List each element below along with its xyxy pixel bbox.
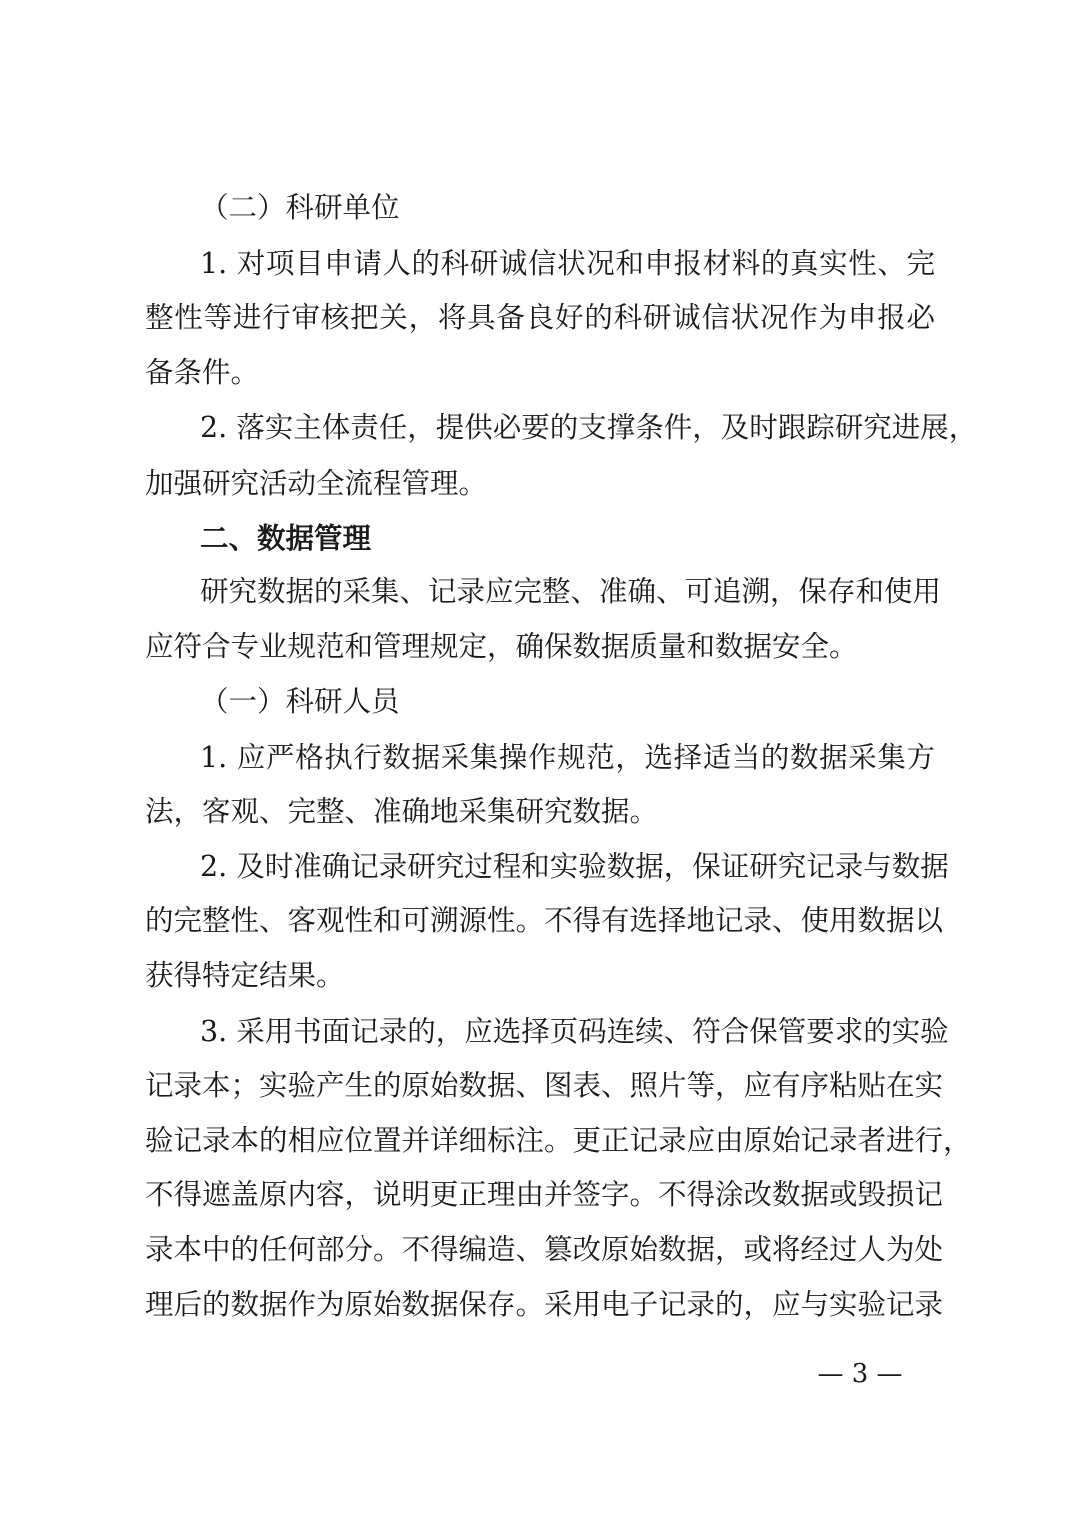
paragraph-line: 加强研究活动全流程管理。	[145, 464, 935, 504]
paragraph-line: 录本中的任何部分。不得编造、篡改原始数据，或将经过人为处	[145, 1230, 935, 1270]
page-number: — 3 —	[810, 1354, 910, 1394]
paragraph-line: 3. 采用书面记录的，应选择页码连续、符合保管要求的实验	[200, 1012, 935, 1052]
paragraph-line: 理后的数据作为原始数据保存。采用电子记录的，应与实验记录	[145, 1285, 935, 1325]
paragraph-line: 应符合专业规范和管理规定，确保数据质量和数据安全。	[145, 627, 935, 667]
paragraph-line: 2. 落实主体责任，提供必要的支撑条件，及时跟踪研究进展，	[200, 408, 935, 448]
subsection-heading: （二）科研单位	[200, 188, 935, 228]
paragraph-line: 法，客观、完整、准确地采集研究数据。	[145, 792, 935, 832]
paragraph-line: 验记录本的相应位置并详细标注。更正记录应由原始记录者进行，	[145, 1121, 935, 1161]
paragraph-line: 不得遮盖原内容，说明更正理由并签字。不得涂改数据或毁损记	[145, 1175, 935, 1215]
paragraph-line: 1. 应严格执行数据采集操作规范，选择适当的数据采集方	[200, 738, 935, 778]
paragraph-line: 整性等进行审核把关，将具备良好的科研诚信状况作为申报必	[145, 298, 935, 338]
paragraph-line: 备条件。	[145, 353, 935, 393]
paragraph-line: 2. 及时准确记录研究过程和实验数据，保证研究记录与数据	[200, 847, 935, 887]
subsection-heading: （一）科研人员	[200, 682, 935, 722]
paragraph-line: 获得特定结果。	[145, 956, 935, 996]
paragraph-line: 1. 对项目申请人的科研诚信状况和申报材料的真实性、完	[200, 244, 935, 284]
paragraph-line: 研究数据的采集、记录应完整、准确、可追溯，保存和使用	[200, 572, 935, 612]
section-heading: 二、数据管理	[200, 519, 935, 559]
paragraph-line: 的完整性、客观性和可溯源性。不得有选择地记录、使用数据以	[145, 901, 935, 941]
paragraph-line: 记录本；实验产生的原始数据、图表、照片等，应有序粘贴在实	[145, 1066, 935, 1106]
